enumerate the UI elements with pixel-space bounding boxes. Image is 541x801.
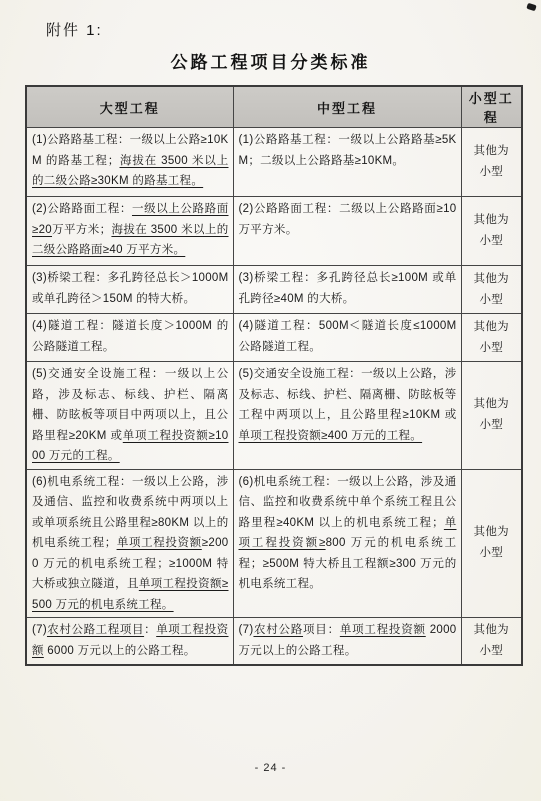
- small-project-line: 小型: [464, 162, 520, 183]
- large-project-cell: (4)隧道工程：隧道长度＞1000M 的公路隧道工程。: [26, 314, 233, 362]
- table-header-row: 大型工程中型工程小型工程: [26, 86, 522, 128]
- small-project-line: 其他为: [464, 269, 520, 290]
- column-header-medium: 中型工程: [233, 86, 461, 128]
- table-row: (2)公路路面工程：一级以上公路路面≥20万平方米；海拔在 3500 米以上的二…: [26, 197, 522, 266]
- small-project-line: 小型: [464, 231, 520, 252]
- text: (1)公路路基工程：一级以上公路路基≥5KM；二级以上公路路基≥10KM。: [239, 134, 457, 167]
- small-project-line: 小型: [464, 290, 520, 311]
- small-project-line: 其他为: [464, 210, 520, 231]
- text: ：: [144, 624, 156, 636]
- small-project-cell: 其他为小型: [461, 362, 522, 470]
- small-project-cell: 其他为小型: [461, 266, 522, 314]
- medium-project-cell: (6)机电系统工程：一级以上公路，涉及通信、监控和收费系统中单个系统工程且公路里…: [233, 469, 461, 618]
- large-project-cell: (2)公路路面工程：一级以上公路路面≥20万平方米；海拔在 3500 米以上的二…: [26, 197, 233, 266]
- medium-project-cell: (4)隧道工程：500M＜隧道长度≤1000M 公路隧道工程。: [233, 314, 461, 362]
- column-header-large: 大型工程: [26, 86, 233, 128]
- text: (2)公路路面工程：: [32, 203, 132, 215]
- large-project-cell: (6)机电系统工程：一级以上公路，涉及通信、监控和收费系统中两项以上或单项系统且…: [26, 469, 233, 618]
- large-project-cell: (1)公路路基工程：一级以上公路≥10KM 的路基工程；海拔在 3500 米以上…: [26, 128, 233, 197]
- small-project-line: 其他为: [464, 620, 520, 641]
- text: (7): [32, 624, 47, 636]
- page-number: - 24 -: [0, 762, 541, 774]
- small-project-line: 小型: [464, 641, 520, 662]
- document-page: 附件 1: 公路工程项目分类标准 大型工程中型工程小型工程 (1)公路路基工程：…: [0, 0, 541, 801]
- text: (4)隧道工程：隧道长度＞1000M 的公路隧道工程。: [32, 320, 229, 353]
- small-project-line: 其他为: [464, 141, 520, 162]
- page-title: 公路工程项目分类标准: [0, 48, 541, 73]
- small-project-cell: 其他为小型: [461, 618, 522, 666]
- small-project-line: 小型: [464, 415, 520, 436]
- table-row: (5)交通安全设施工程：一级以上公路，涉及标志、标线、护栏、隔离栅、防眩板等项目…: [26, 362, 522, 470]
- medium-project-cell: (3)桥梁工程：多孔跨径总长≥100M 或单孔跨径≥40M 的大桥。: [233, 266, 461, 314]
- large-project-cell: (7)农村公路工程项目：单项工程投资额 6000 万元以上的公路工程。: [26, 618, 233, 666]
- text: (6)机电系统工程：一级以上公路，涉及通信、监控和收费系统中单个系统工程且公路里…: [239, 476, 457, 529]
- text: (2)公路路面工程：二级以上公路路面≥10 万平方米。: [239, 203, 457, 236]
- text: 项目：: [303, 624, 340, 636]
- table-row: (4)隧道工程：隧道长度＞1000M 的公路隧道工程。(4)隧道工程：500M＜…: [26, 314, 522, 362]
- table-row: (6)机电系统工程：一级以上公路，涉及通信、监控和收费系统中两项以上或单项系统且…: [26, 469, 522, 618]
- medium-project-cell: (5)交通安全设施工程：一级以上公路，涉及标志、标线、护栏、隔离栅、防眩板等工程…: [233, 362, 461, 470]
- large-project-cell: (5)交通安全设施工程：一级以上公路，涉及标志、标线、护栏、隔离栅、防眩板等项目…: [26, 362, 233, 470]
- small-project-line: 小型: [464, 543, 520, 564]
- classification-table: 大型工程中型工程小型工程 (1)公路路基工程：一级以上公路≥10KM 的路基工程…: [25, 85, 523, 666]
- text: 6000 万元以上的公路工程。: [44, 645, 196, 657]
- text: (3)桥梁工程：多孔跨径总长≥100M 或单孔跨径≥40M 的大桥。: [239, 272, 457, 305]
- small-project-cell: 其他为小型: [461, 197, 522, 266]
- table-row: (3)桥梁工程：多孔跨径总长＞1000M 或单孔跨径＞150M 的特大桥。(3)…: [26, 266, 522, 314]
- table-row: (7)农村公路工程项目：单项工程投资额 6000 万元以上的公路工程。(7)农村…: [26, 618, 522, 666]
- attachment-label: 附件 1:: [46, 19, 103, 40]
- text: (3)桥梁工程：多孔跨径总长＞1000M 或单孔跨径＞150M 的特大桥。: [32, 272, 229, 305]
- medium-project-cell: (2)公路路面工程：二级以上公路路面≥10 万平方米。: [233, 197, 461, 266]
- small-project-line: 其他为: [464, 317, 520, 338]
- scan-artifact: [526, 3, 536, 11]
- text: (7): [239, 624, 254, 636]
- small-project-line: 其他为: [464, 394, 520, 415]
- medium-project-cell: (7)农村公路项目：单项工程投资额 2000 万元以上的公路工程。: [233, 618, 461, 666]
- underlined-text: 农村公路工程项目: [47, 624, 144, 636]
- underlined-text: 单项工程投资额: [117, 537, 202, 549]
- underlined-text: 单项工程投资额≥400 万元的工程。: [239, 430, 423, 442]
- small-project-cell: 其他为小型: [461, 469, 522, 618]
- small-project-cell: 其他为小型: [461, 128, 522, 197]
- text: (4)隧道工程：500M＜隧道长度≤1000M 公路隧道工程。: [239, 320, 457, 353]
- medium-project-cell: (1)公路路基工程：一级以上公路路基≥5KM；二级以上公路路基≥10KM。: [233, 128, 461, 197]
- text: 万平方米；: [52, 224, 111, 236]
- text: (5)交通安全设施工程：一级以上公路，涉及标志、标线、护栏、隔离栅、防眩板等工程…: [239, 368, 457, 421]
- small-project-cell: 其他为小型: [461, 314, 522, 362]
- underlined-text: 单项工程投资额: [340, 624, 426, 636]
- large-project-cell: (3)桥梁工程：多孔跨径总长＞1000M 或单孔跨径＞150M 的特大桥。: [26, 266, 233, 314]
- small-project-line: 其他为: [464, 522, 520, 543]
- underlined-text: 农村公路: [253, 624, 303, 636]
- table-row: (1)公路路基工程：一级以上公路≥10KM 的路基工程；海拔在 3500 米以上…: [26, 128, 522, 197]
- small-project-line: 小型: [464, 338, 520, 359]
- column-header-small: 小型工程: [461, 86, 522, 128]
